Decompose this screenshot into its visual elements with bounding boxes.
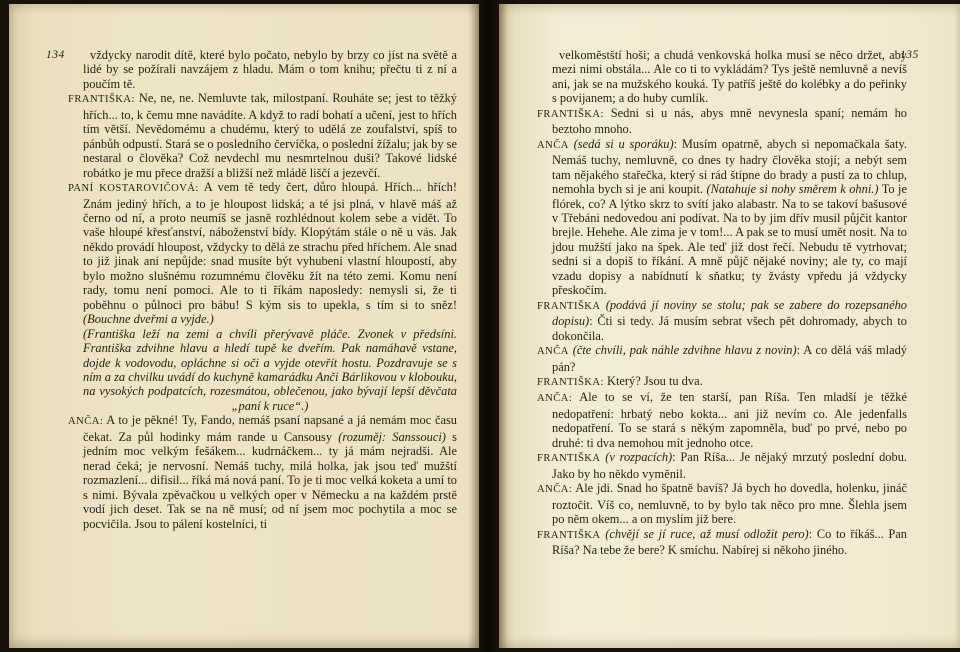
dialogue-text: To je flórek, co? A lýtko skrz to svítí … [552, 182, 907, 297]
dialogue-text: Který? Jsou tu dva. [604, 374, 703, 388]
dialogue-paragraph: PANÍ KOSTAROVIČOVÁ: A vem tě tedy čert, … [68, 180, 457, 327]
speaker-name: ANČA: [537, 484, 572, 495]
dialogue-paragraph: FRANTIŠKA: Sedni si u nás, abys mně nevy… [537, 106, 907, 137]
left-page-text-column: vždycky narodit dítě, které bylo počato,… [68, 48, 457, 531]
speaker-name: FRANTIŠKA: [537, 377, 604, 388]
dialogue-paragraph: ANČA: Ale jdi. Snad ho špatně bavíš? Já … [537, 481, 907, 526]
dialogue-text: vždycky narodit dítě, které bylo počato,… [83, 48, 457, 91]
speaker-name: PANÍ KOSTAROVIČOVÁ: [68, 183, 199, 194]
continuation-paragraph: vždycky narodit dítě, které bylo počato,… [68, 48, 457, 91]
stage-direction-text: (čte chvíli, pak náhle zdvihne hlavu z n… [569, 343, 797, 357]
dialogue-text: Sedni si u nás, abys mně nevynesla spaní… [552, 106, 907, 136]
left-page-number: 134 [46, 49, 65, 61]
dialogue-text: A vem tě tedy čert, důro hloupá. Hřích..… [83, 180, 457, 312]
dialogue-paragraph: ANČA: Ale to se ví, že ten starší, pan R… [537, 390, 907, 450]
speaker-name: FRANTIŠKA: [68, 94, 135, 105]
dialogue-paragraph: FRANTIŠKA (podává jí noviny se stolu; pa… [537, 298, 907, 343]
dialogue-paragraph: FRANTIŠKA (chvějí se jí ruce, až musí od… [537, 527, 907, 558]
stage-direction-text: (v rozpacích) [601, 450, 673, 464]
speaker-name: ANČA [537, 140, 569, 151]
speaker-name: FRANTIŠKA [537, 453, 601, 464]
continuation-paragraph: velkoměstští hoši; a chudá venkovská hol… [537, 48, 907, 106]
stage-direction-text: (sedá si u sporáku) [569, 137, 674, 151]
dialogue-paragraph: ANČA (sedá si u sporáku): Musím opatrně,… [537, 137, 907, 298]
dialogue-paragraph: FRANTIŠKA (v rozpacích): Pan Ríša... Je … [537, 450, 907, 481]
speaker-name: ANČA: [537, 393, 572, 404]
stage-direction-text: (Bouchne dveřmi a vyjde.) [83, 312, 214, 326]
dialogue-text: : Čti si tedy. Já musím sebrat všech pět… [552, 314, 907, 342]
book-spread-scan: 134 vždycky narodit dítě, které bylo poč… [0, 0, 960, 652]
stage-direction-text: (chvějí se jí ruce, až musí odložit pero… [601, 527, 809, 541]
speaker-name: FRANTIŠKA [537, 301, 601, 312]
speaker-name: FRANTIŠKA: [537, 109, 604, 120]
speaker-name: ANČA [537, 346, 569, 357]
stage-direction-text: (Františka leží na zemi a chvíli přerýva… [83, 327, 457, 413]
dialogue-paragraph: FRANTIŠKA: Který? Jsou tu dva. [537, 374, 907, 390]
dialogue-text: s jedním moc velkým fešákem... kudrnáčke… [83, 430, 457, 531]
dialogue-text: velkoměstští hoši; a chudá venkovská hol… [552, 48, 907, 105]
dialogue-text: Ale jdi. Snad ho špatně bavíš? Já bych h… [552, 481, 907, 526]
stage-direction-text: (rozuměj: Sanssouci) [338, 430, 446, 444]
stage-direction-paragraph: (Františka leží na zemi a chvíli přerýva… [68, 327, 457, 414]
dialogue-paragraph: ANČA (čte chvíli, pak náhle zdvihne hlav… [537, 343, 907, 374]
speaker-name: ANČA: [68, 416, 103, 427]
stage-direction-text: (Natahuje si nohy směrem k ohni.) [707, 182, 879, 196]
dialogue-paragraph: ANČA: A to je pěkné! Ty, Fando, nemáš ps… [68, 413, 457, 531]
right-page: 135 velkoměstští hoši; a chudá venkovská… [499, 4, 960, 648]
right-page-text-column: velkoměstští hoši; a chudá venkovská hol… [537, 48, 907, 557]
dialogue-paragraph: FRANTIŠKA: Ne, ne, ne. Nemluvte tak, mil… [68, 91, 457, 180]
dialogue-text: Ale to se ví, že ten starší, pan Ríša. T… [552, 390, 907, 449]
speaker-name: FRANTIŠKA [537, 530, 601, 541]
left-page: 134 vždycky narodit dítě, které bylo poč… [9, 4, 479, 648]
dialogue-text: Ne, ne, ne. Nemluvte tak, milostpaní. Ro… [83, 91, 457, 179]
